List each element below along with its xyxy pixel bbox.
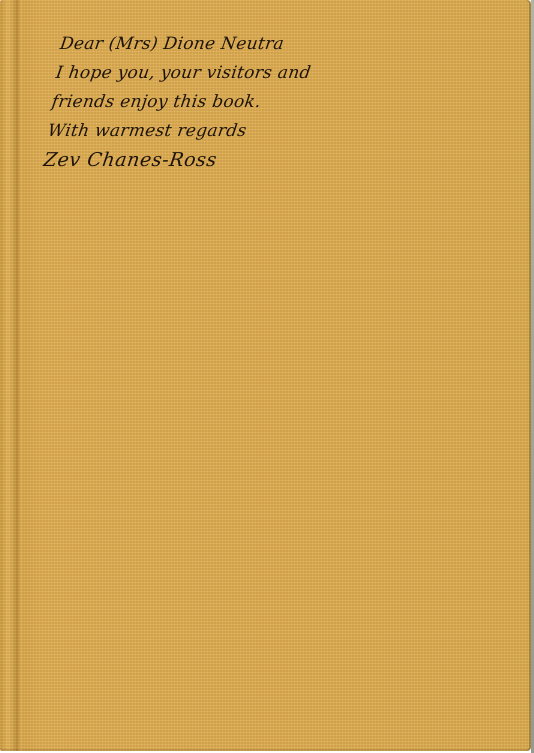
spine-hinge: [14, 0, 24, 751]
book-cover: Dear (Mrs) Dione Neutra I hope you, your…: [0, 0, 531, 751]
inscription-closing: With warmest regards: [46, 117, 490, 146]
handwritten-inscription: Dear (Mrs) Dione Neutra I hope you, your…: [42, 30, 502, 175]
inscription-signature: Zev Chanes-Ross: [42, 146, 486, 175]
inscription-salutation: Dear (Mrs) Dione Neutra: [58, 30, 502, 59]
inscription-line: I hope you, your visitors and: [54, 59, 498, 88]
inscription-line: friends enjoy this book.: [50, 88, 494, 117]
